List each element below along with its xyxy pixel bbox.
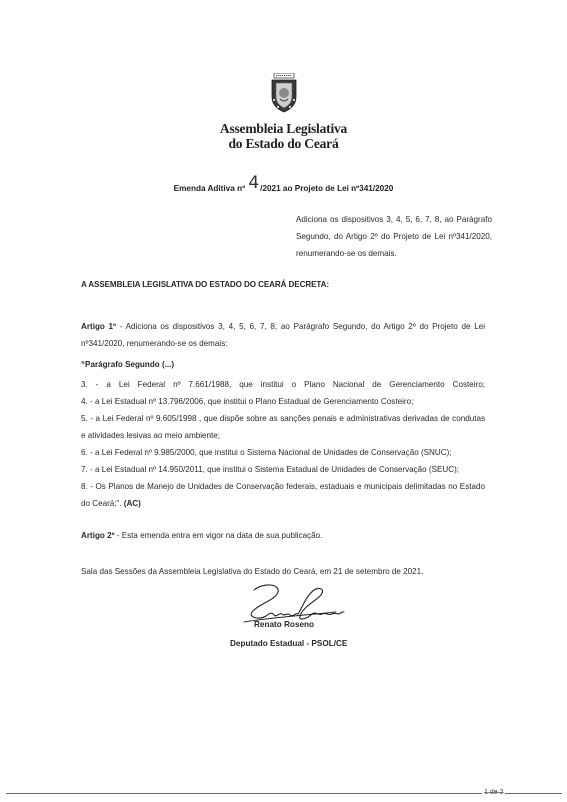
article-2: Artigo 2º - Esta emenda entra em vigor n… <box>81 531 485 540</box>
list-item: 8. - Os Planos de Manejo de Unidades de … <box>81 478 485 512</box>
footer-divider <box>6 793 562 794</box>
document-title: Emenda Aditiva nº 4/2021 ao Projeto de L… <box>0 176 567 196</box>
title-prefix: Emenda Aditiva nº <box>174 184 245 193</box>
page-number: 1 de 2 <box>482 788 505 797</box>
added-clause-tag: (AC) <box>124 499 141 508</box>
institution-line-1: Assembleia Legislativa <box>0 121 567 136</box>
enacting-clause: A ASSEMBLEIA LEGISLATIVA DO ESTADO DO CE… <box>81 280 485 289</box>
list-item: 6. - a Lei Federal nº 9.985/2000, que in… <box>81 444 485 461</box>
article-1: Artigo 1º - Adiciona os dispositivos 3, … <box>81 318 485 352</box>
paragraph-heading: “Parágrafo Segundo (...) <box>81 360 485 369</box>
state-coat-of-arms-icon <box>268 73 300 113</box>
article-1-text: - Adiciona os dispositivos 3, 4, 5, 6, 7… <box>81 322 485 348</box>
article-2-label: Artigo 2º <box>81 531 115 540</box>
amendment-items-list: 3. - a Lei Federal nº 7.661/1988, que in… <box>81 376 485 512</box>
list-item: 4. - a Lei Estadual nº 13.796/2006, que … <box>81 393 485 410</box>
institution-name: Assembleia Legislativa do Estado do Cear… <box>0 121 567 151</box>
title-suffix: /2021 ao Projeto de Lei nº341/2020 <box>260 184 393 193</box>
list-item: 3. - a Lei Federal nº 7.661/1988, que in… <box>81 376 485 393</box>
institution-line-2: do Estado do Ceará <box>0 136 567 151</box>
session-date-line: Sala das Sessões da Assembleia Legislati… <box>81 567 485 576</box>
handwritten-amendment-number: 4 <box>248 173 259 193</box>
list-item: 7. - a Lei Estadual nº 14.950/2011, que … <box>81 461 485 478</box>
signer-name: Renato Roseno <box>254 620 314 629</box>
signer-role: Deputado Estadual - PSOL/CE <box>230 639 347 648</box>
article-1-label: Artigo 1º <box>81 322 116 331</box>
article-2-text: - Esta emenda entra em vigor na data de … <box>115 531 323 540</box>
ementa-summary: Adiciona os dispositivos 3, 4, 5, 6, 7, … <box>296 211 492 262</box>
document-page: Assembleia Legislativa do Estado do Cear… <box>0 0 567 802</box>
list-item: 5. - a Lei Federal nº 9.605/1998 , que d… <box>81 410 485 444</box>
list-item-text: 8. - Os Planos de Manejo de Unidades de … <box>81 482 485 508</box>
